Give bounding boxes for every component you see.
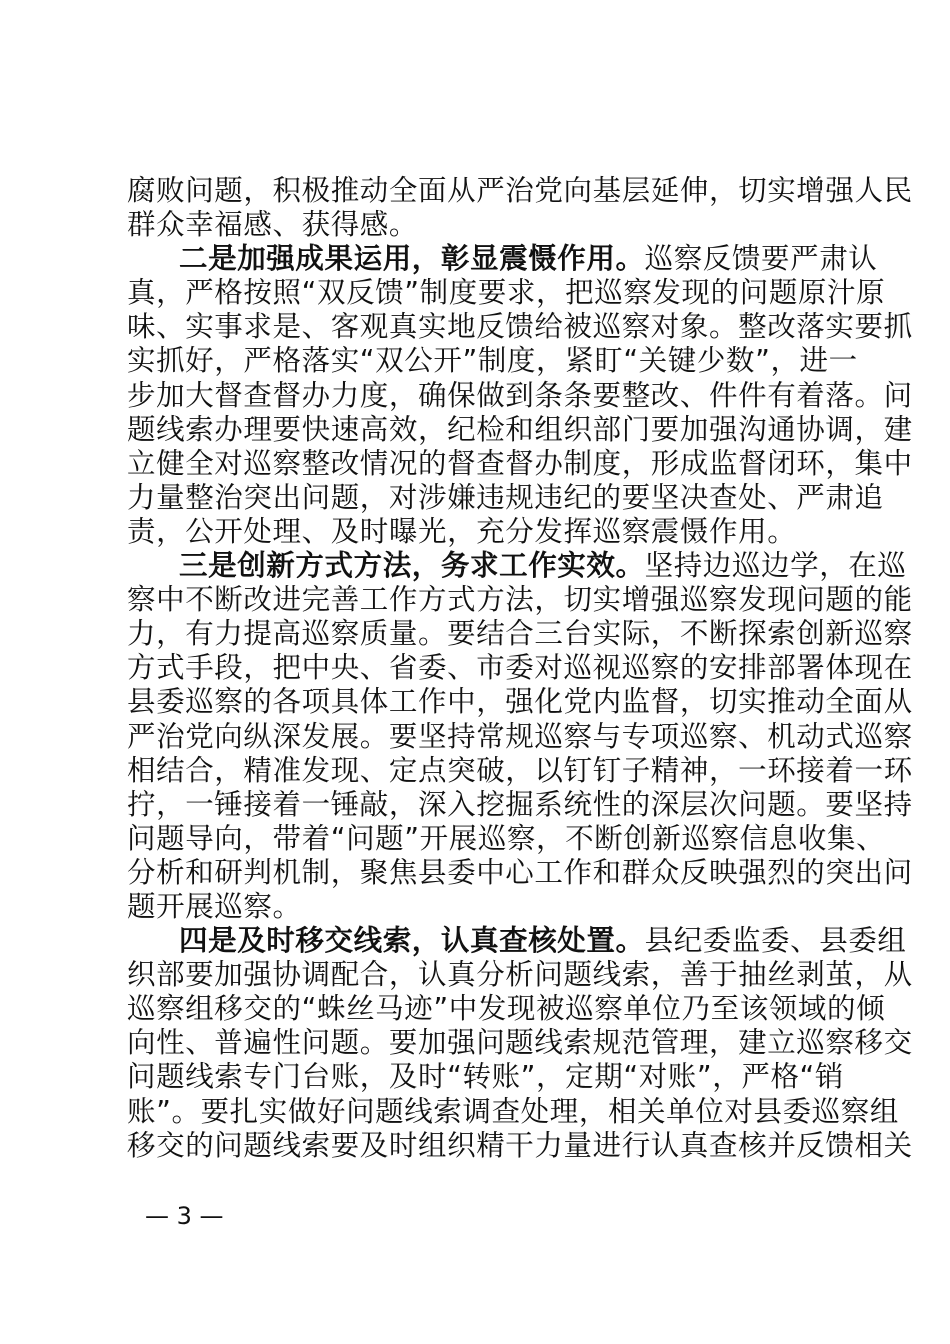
paragraph-heading: 二是加强成果运用，彰显震慑作用。 (179, 242, 645, 275)
line-text: 拧，一锤接着一锤敲，深入挖掘系统性的深层次问题。要坚持 (127, 788, 913, 821)
text-line: 步加大督查督办力度，确保做到条条要整改、件件有着落。问 (127, 379, 837, 413)
line-text: 群众幸福感、获得感。 (127, 208, 418, 241)
text-line: 力，有力提高巡察质量。要结合三台实际，不断探索创新巡察 (127, 617, 837, 651)
text-line: 三是创新方式方法，务求工作实效。坚持边巡边学，在巡 (127, 549, 837, 583)
paragraph-continuation: 腐败问题，积极推动全面从严治党向基层延伸，切实增强人民 群众幸福感、获得感。 (127, 174, 837, 242)
line-text: 县委巡察的各项具体工作中，强化党内监督，切实推动全面从 (127, 685, 913, 718)
text-line: 织部要加强协调配合，认真分析问题线索，善于抽丝剥茧，从 (127, 958, 837, 992)
text-line: 拧，一锤接着一锤敲，深入挖掘系统性的深层次问题。要坚持 (127, 788, 837, 822)
line-text: 力量整治突出问题，对涉嫌违规违纪的要坚决查处、严肃追 (127, 481, 884, 514)
text-line: 二是加强成果运用，彰显震慑作用。巡察反馈要严肃认 (127, 242, 837, 276)
line-text: 责，公开处理、及时曝光，充分发挥巡察震慑作用。 (127, 515, 796, 548)
line-text: 力，有力提高巡察质量。要结合三台实际，不断探索创新巡察 (127, 617, 913, 650)
line-text: 实抓好，严格落实“双公开”制度，紧盯“关键少数”，进一 (127, 344, 858, 377)
line-text: 县纪委监委、县委组 (645, 924, 907, 957)
text-line: 群众幸福感、获得感。 (127, 208, 837, 242)
text-line: 力量整治突出问题，对涉嫌违规违纪的要坚决查处、严肃追 (127, 481, 837, 515)
paragraph-4-transfer-clues: 四是及时移交线索，认真查核处置。县纪委监委、县委组 织部要加强协调配合，认真分析… (127, 924, 837, 1163)
paragraph-heading: 三是创新方式方法，务求工作实效。 (179, 549, 645, 582)
paragraph-3-innovate-methods: 三是创新方式方法，务求工作实效。坚持边巡边学，在巡 察中不断改进完善工作方式方法… (127, 549, 837, 924)
line-text: 察中不断改进完善工作方式方法，切实增强巡察发现问题的能 (127, 583, 913, 616)
line-text: 严治党向纵深发展。要坚持常规巡察与专项巡察、机动式巡察 (127, 720, 913, 753)
text-line: 分析和研判机制，聚焦县委中心工作和群众反映强烈的突出问 (127, 856, 837, 890)
line-text: 味、实事求是、客观真实地反馈给被巡察对象。整改落实要抓 (127, 310, 913, 343)
text-line: 向性、普遍性问题。要加强问题线索规范管理，建立巡察移交 (127, 1026, 837, 1060)
line-text: 题开展巡察。 (127, 890, 302, 923)
text-line: 察中不断改进完善工作方式方法，切实增强巡察发现问题的能 (127, 583, 837, 617)
line-text: 相结合，精准发现、定点突破，以钉钉子精神，一环接着一环 (127, 754, 913, 787)
line-text: 立健全对巡察整改情况的督查督办制度，形成监督闭环，集中 (127, 447, 913, 480)
page-number: — 3 — (145, 1201, 224, 1231)
line-text: 巡察组移交的“蛛丝马迹”中发现被巡察单位乃至该领域的倾 (127, 992, 885, 1025)
text-line: 问题导向，带着“问题”开展巡察，不断创新巡察信息收集、 (127, 822, 837, 856)
text-line: 立健全对巡察整改情况的督查督办制度，形成监督闭环，集中 (127, 447, 837, 481)
text-line: 腐败问题，积极推动全面从严治党向基层延伸，切实增强人民 (127, 174, 837, 208)
text-line: 移交的问题线索要及时组织精干力量进行认真查核并反馈相关 (127, 1129, 837, 1163)
line-text: 题线索办理要快速高效，纪检和组织部门要加强沟通协调，建 (127, 413, 913, 446)
text-line: 实抓好，严格落实“双公开”制度，紧盯“关键少数”，进一 (127, 344, 837, 378)
document-body: 腐败问题，积极推动全面从严治党向基层延伸，切实增强人民 群众幸福感、获得感。 二… (127, 174, 837, 1163)
line-text: 步加大督查督办力度，确保做到条条要整改、件件有着落。问 (127, 379, 913, 412)
text-line: 巡察组移交的“蛛丝马迹”中发现被巡察单位乃至该领域的倾 (127, 992, 837, 1026)
line-text: 织部要加强协调配合，认真分析问题线索，善于抽丝剥茧，从 (127, 958, 913, 991)
line-text: 问题线索专门台账，及时“转账”，定期“对账”，严格“销 (127, 1060, 844, 1093)
line-text: 移交的问题线索要及时组织精干力量进行认真查核并反馈相关 (127, 1129, 913, 1162)
line-text: 坚持边巡边学，在巡 (645, 549, 907, 582)
text-line: 账”。要扎实做好问题线索调查处理，相关单位对县委巡察组 (127, 1095, 837, 1129)
text-line: 四是及时移交线索，认真查核处置。县纪委监委、县委组 (127, 924, 837, 958)
text-line: 题开展巡察。 (127, 890, 837, 924)
line-text: 方式手段，把中央、省委、市委对巡视巡察的安排部署体现在 (127, 651, 913, 684)
paragraph-heading: 四是及时移交线索，认真查核处置。 (179, 924, 645, 957)
line-text: 巡察反馈要严肃认 (645, 242, 878, 275)
line-text: 向性、普遍性问题。要加强问题线索规范管理，建立巡察移交 (127, 1026, 913, 1059)
line-text: 问题导向，带着“问题”开展巡察，不断创新巡察信息收集、 (127, 822, 885, 855)
text-line: 方式手段，把中央、省委、市委对巡视巡察的安排部署体现在 (127, 651, 837, 685)
line-text: 真，严格按照“双反馈”制度要求，把巡察发现的问题原汁原 (127, 276, 885, 309)
text-line: 县委巡察的各项具体工作中，强化党内监督，切实推动全面从 (127, 685, 837, 719)
text-line: 味、实事求是、客观真实地反馈给被巡察对象。整改落实要抓 (127, 310, 837, 344)
text-line: 严治党向纵深发展。要坚持常规巡察与专项巡察、机动式巡察 (127, 720, 837, 754)
text-line: 责，公开处理、及时曝光，充分发挥巡察震慑作用。 (127, 515, 837, 549)
text-line: 问题线索专门台账，及时“转账”，定期“对账”，严格“销 (127, 1060, 837, 1094)
line-text: 分析和研判机制，聚焦县委中心工作和群众反映强烈的突出问 (127, 856, 913, 889)
line-text: 腐败问题，积极推动全面从严治党向基层延伸，切实增强人民 (127, 174, 913, 207)
paragraph-2-strengthen-results: 二是加强成果运用，彰显震慑作用。巡察反馈要严肃认 真，严格按照“双反馈”制度要求… (127, 242, 837, 549)
text-line: 题线索办理要快速高效，纪检和组织部门要加强沟通协调，建 (127, 413, 837, 447)
line-text: 账”。要扎实做好问题线索调查处理，相关单位对县委巡察组 (127, 1095, 899, 1128)
text-line: 相结合，精准发现、定点突破，以钉钉子精神，一环接着一环 (127, 754, 837, 788)
text-line: 真，严格按照“双反馈”制度要求，把巡察发现的问题原汁原 (127, 276, 837, 310)
